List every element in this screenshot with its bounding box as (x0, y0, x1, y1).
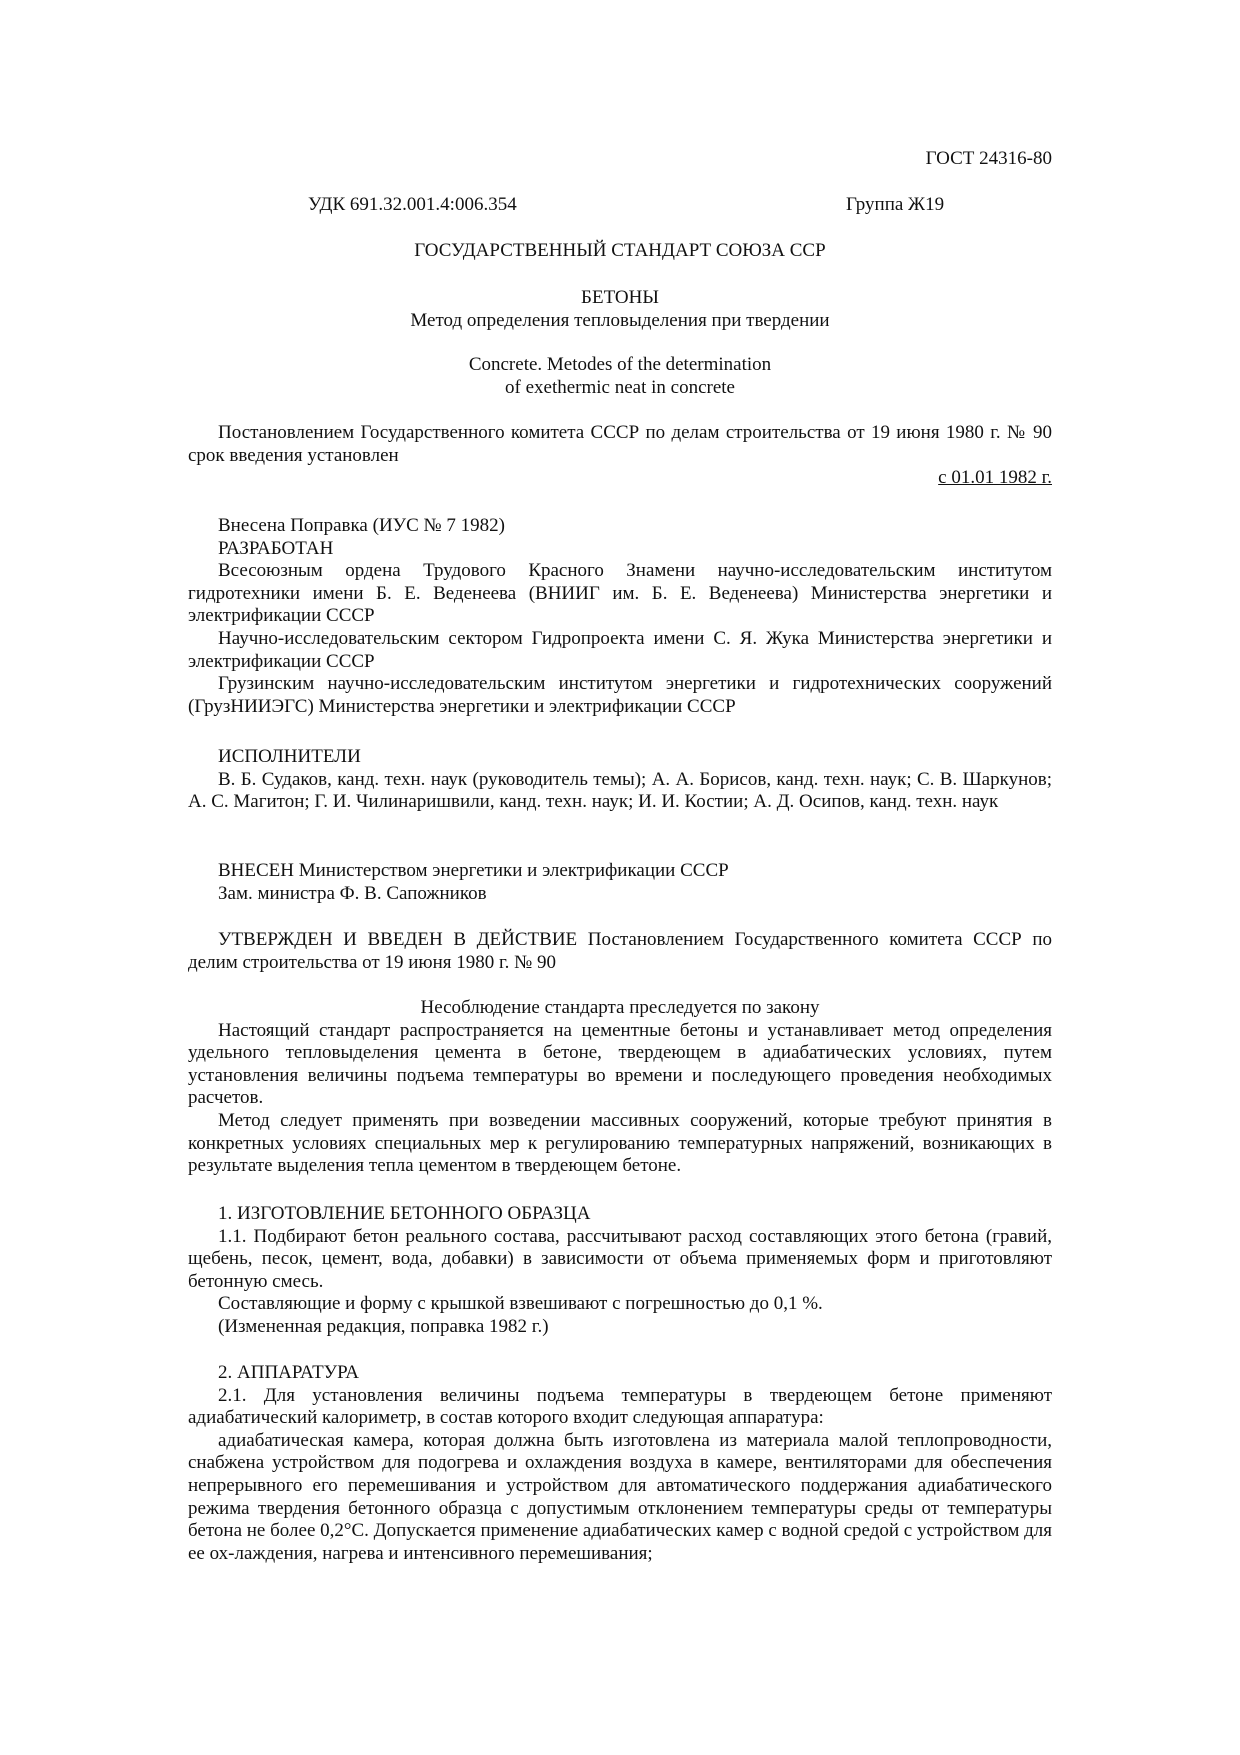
section-1-heading: 1. ИЗГОТОВЛЕНИЕ БЕТОННОГО ОБРАЗЦА (188, 1203, 1052, 1226)
document-title: БЕТОНЫ (188, 287, 1052, 310)
udk-code: УДК 691.32.001.4:006.354 (308, 194, 517, 217)
english-title-line2: of exethermic neat in concrete (188, 377, 1052, 400)
approval-text: УТВЕРЖДЕН И ВВЕДЕН В ДЕЙСТВИЕ Постановле… (188, 929, 1052, 974)
section-1-1: 1.1. Подбирают бетон реального состава, … (188, 1226, 1052, 1294)
section-1-weighing: Составляющие и форму с крышкой взвешиваю… (188, 1293, 1052, 1316)
developer-org-1: Всесоюзным ордена Трудового Красного Зна… (188, 560, 1052, 628)
section-2-heading: 2. АППАРАТУРА (188, 1362, 1052, 1385)
section-2-1: 2.1. Для установления величины подъема т… (188, 1385, 1052, 1430)
decree-text: Постановлением Государственного комитета… (188, 422, 1052, 467)
legal-notice: Несоблюдение стандарта преследуется по з… (188, 997, 1052, 1020)
developer-org-2: Научно-исследовательским сектором Гидроп… (188, 628, 1052, 673)
effective-date: с 01.01 1982 г. (938, 467, 1052, 488)
amendment-note: Внесена Поправка (ИУС № 7 1982) (188, 515, 1052, 538)
executors-list: В. Б. Судаков, канд. техн. наук (руковод… (188, 769, 1052, 814)
section-2-chamber: адиабатическая камера, которая должна бы… (188, 1430, 1052, 1566)
document-subtitle: Метод определения тепловыделения при тве… (188, 310, 1052, 333)
deputy-minister: Зам. министра Ф. В. Сапожников (188, 883, 1052, 906)
developer-org-3: Грузинским научно-исследовательским инст… (188, 673, 1052, 718)
executors-heading: ИСПОЛНИТЕЛИ (188, 746, 1052, 769)
introduced-by: ВНЕСЕН Министерством энергетики и электр… (188, 860, 1052, 883)
group-code: Группа Ж19 (846, 194, 944, 217)
intro-paragraph-2: Метод следует применять при возведении м… (188, 1110, 1052, 1178)
intro-paragraph-1: Настоящий стандарт распространяется на ц… (188, 1020, 1052, 1110)
english-title-line1: Concrete. Metodes of the determination (188, 354, 1052, 377)
gost-number: ГОСТ 24316-80 (926, 148, 1052, 171)
section-1-revision-note: (Измененная редакция, поправка 1982 г.) (188, 1316, 1052, 1339)
standard-type: ГОСУДАРСТВЕННЫЙ СТАНДАРТ СОЮЗА ССР (188, 240, 1052, 263)
developed-heading: РАЗРАБОТАН (188, 538, 1052, 561)
